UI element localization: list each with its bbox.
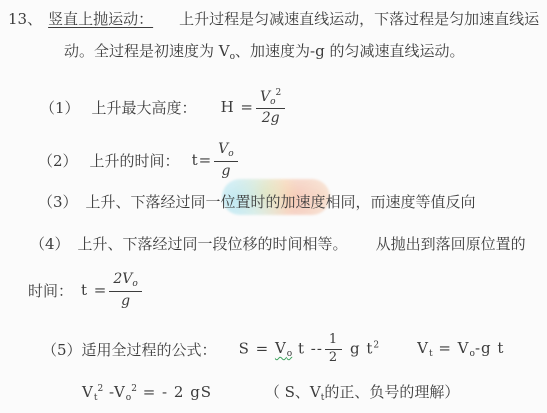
topic-title: 竖直上抛运动：: [48, 10, 153, 28]
formula-tup-num-v: V: [218, 141, 228, 157]
formula-s-half-num: 1: [325, 333, 342, 350]
intro-text-1: 上升过程是匀减速直线运动，下落过程是匀加速直线运: [179, 10, 539, 28]
item-1: （1） 上升最大高度： H = Vo2 2g: [40, 84, 287, 130]
formula-s-mid: t --: [292, 339, 323, 357]
formula-v2: Vt2 -Vo2 = - 2 gS: [82, 383, 212, 401]
note-b: 的正、负号的理解）: [324, 383, 459, 401]
formula-s-half-den: 2: [329, 350, 338, 366]
intro-text-2a: 动。全过程是初速度为 V: [64, 42, 230, 60]
item-5-number: （5）: [42, 339, 82, 360]
intro-line-1: 13、竖直上抛运动：上升过程是匀减速直线运动，下落过程是匀加速直线运: [8, 8, 539, 29]
formula-tup-num-sub: o: [228, 149, 233, 159]
item-4-number: （4）: [30, 235, 70, 253]
formula-h-num-sub: o: [270, 97, 275, 107]
formula-ttotal-num-v: 2V: [113, 271, 132, 287]
item-3: （3）上升、下落经过同一位置时的加速度相同，而速度等值反向: [38, 191, 476, 212]
formula-ttotal-den: g: [121, 292, 130, 309]
formula-h-lhs: H =: [221, 98, 254, 116]
formula-v2-b-sub: o: [126, 393, 131, 403]
formula-s-tail-sup: 2: [373, 340, 379, 350]
formula-v2-a-sub: t: [94, 393, 98, 403]
formula-v2-b: -V: [103, 383, 126, 401]
intro-text-2b: 、加速度为-g 的匀减速直线运动。: [235, 42, 464, 60]
item-2: （2） 上升的时间： t= Vo g: [38, 137, 240, 183]
formula-v2-a: V: [82, 383, 94, 401]
formula-h-num-v: V: [260, 89, 270, 105]
total-time-line: 时间： t = 2Vo g: [28, 266, 144, 314]
formula-tup-den: g: [221, 162, 230, 179]
item-3-number: （3）: [38, 193, 78, 211]
formula-s-v: V: [275, 339, 287, 357]
item-1-number: （1）: [40, 97, 80, 118]
item-3-text: 上升、下落经过同一位置时的加速度相同，而速度等值反向: [86, 193, 476, 211]
formula-v2-c: = - 2 gS: [137, 383, 212, 401]
formula-vt-c: -g t: [475, 339, 504, 357]
formula-tup-lhs: t=: [192, 151, 213, 169]
formula-vt-a: V: [417, 339, 429, 357]
formula-s-lhs: S =: [239, 339, 275, 357]
item-4-text-2: 从抛出到落回原位置的: [376, 235, 526, 253]
formula-h-num-sup: 2: [276, 88, 282, 98]
formula-vt-b: = V: [433, 339, 470, 357]
formula-tup-fraction: Vo g: [214, 141, 238, 178]
formula-s: S = Vo t --12 g t2: [239, 333, 380, 366]
formula-s-tail: g t: [344, 339, 373, 357]
item-2-number: （2）: [38, 150, 78, 171]
intro-line-2: 动。全过程是初速度为 Vo、加速度为-g 的匀减速直线运动。: [64, 40, 464, 62]
item-2-label: 上升的时间：: [90, 150, 180, 171]
last-line: Vt2 -Vo2 = - 2 gS （ S、Vt的正、负号的理解）: [82, 381, 459, 403]
total-time-label: 时间：: [28, 280, 73, 301]
item-4-text-1: 上升、下落经过同一段位移的时间相等。: [78, 235, 348, 253]
note-a: （ S、V: [265, 383, 321, 401]
item-4: （4）上升、下落经过同一段位移的时间相等。从抛出到落回原位置的: [30, 233, 526, 254]
item-1-label: 上升最大高度：: [92, 97, 197, 118]
formula-s-v0: Vo: [275, 339, 292, 357]
formula-ttotal-fraction: 2Vo g: [109, 271, 141, 308]
formula-s-half-fraction: 12: [325, 333, 342, 366]
formula-h-fraction: Vo2 2g: [256, 88, 285, 126]
formula-ttotal-num-sub: o: [132, 279, 137, 289]
item-5: （5） 适用全过程的公式： S = Vo t --12 g t2 Vt = Vo…: [42, 327, 504, 371]
document-page: 13、竖直上抛运动：上升过程是匀减速直线运动，下落过程是匀加速直线运 动。全过程…: [0, 0, 547, 413]
formula-h-den: 2g: [262, 109, 280, 126]
formula-ttotal-lhs: t =: [81, 281, 107, 299]
formula-vt: Vt = Vo-g t: [417, 339, 504, 359]
item-5-label: 适用全过程的公式：: [82, 339, 217, 360]
item-number: 13、: [8, 10, 42, 28]
note: （ S、Vt的正、负号的理解）: [265, 383, 460, 401]
